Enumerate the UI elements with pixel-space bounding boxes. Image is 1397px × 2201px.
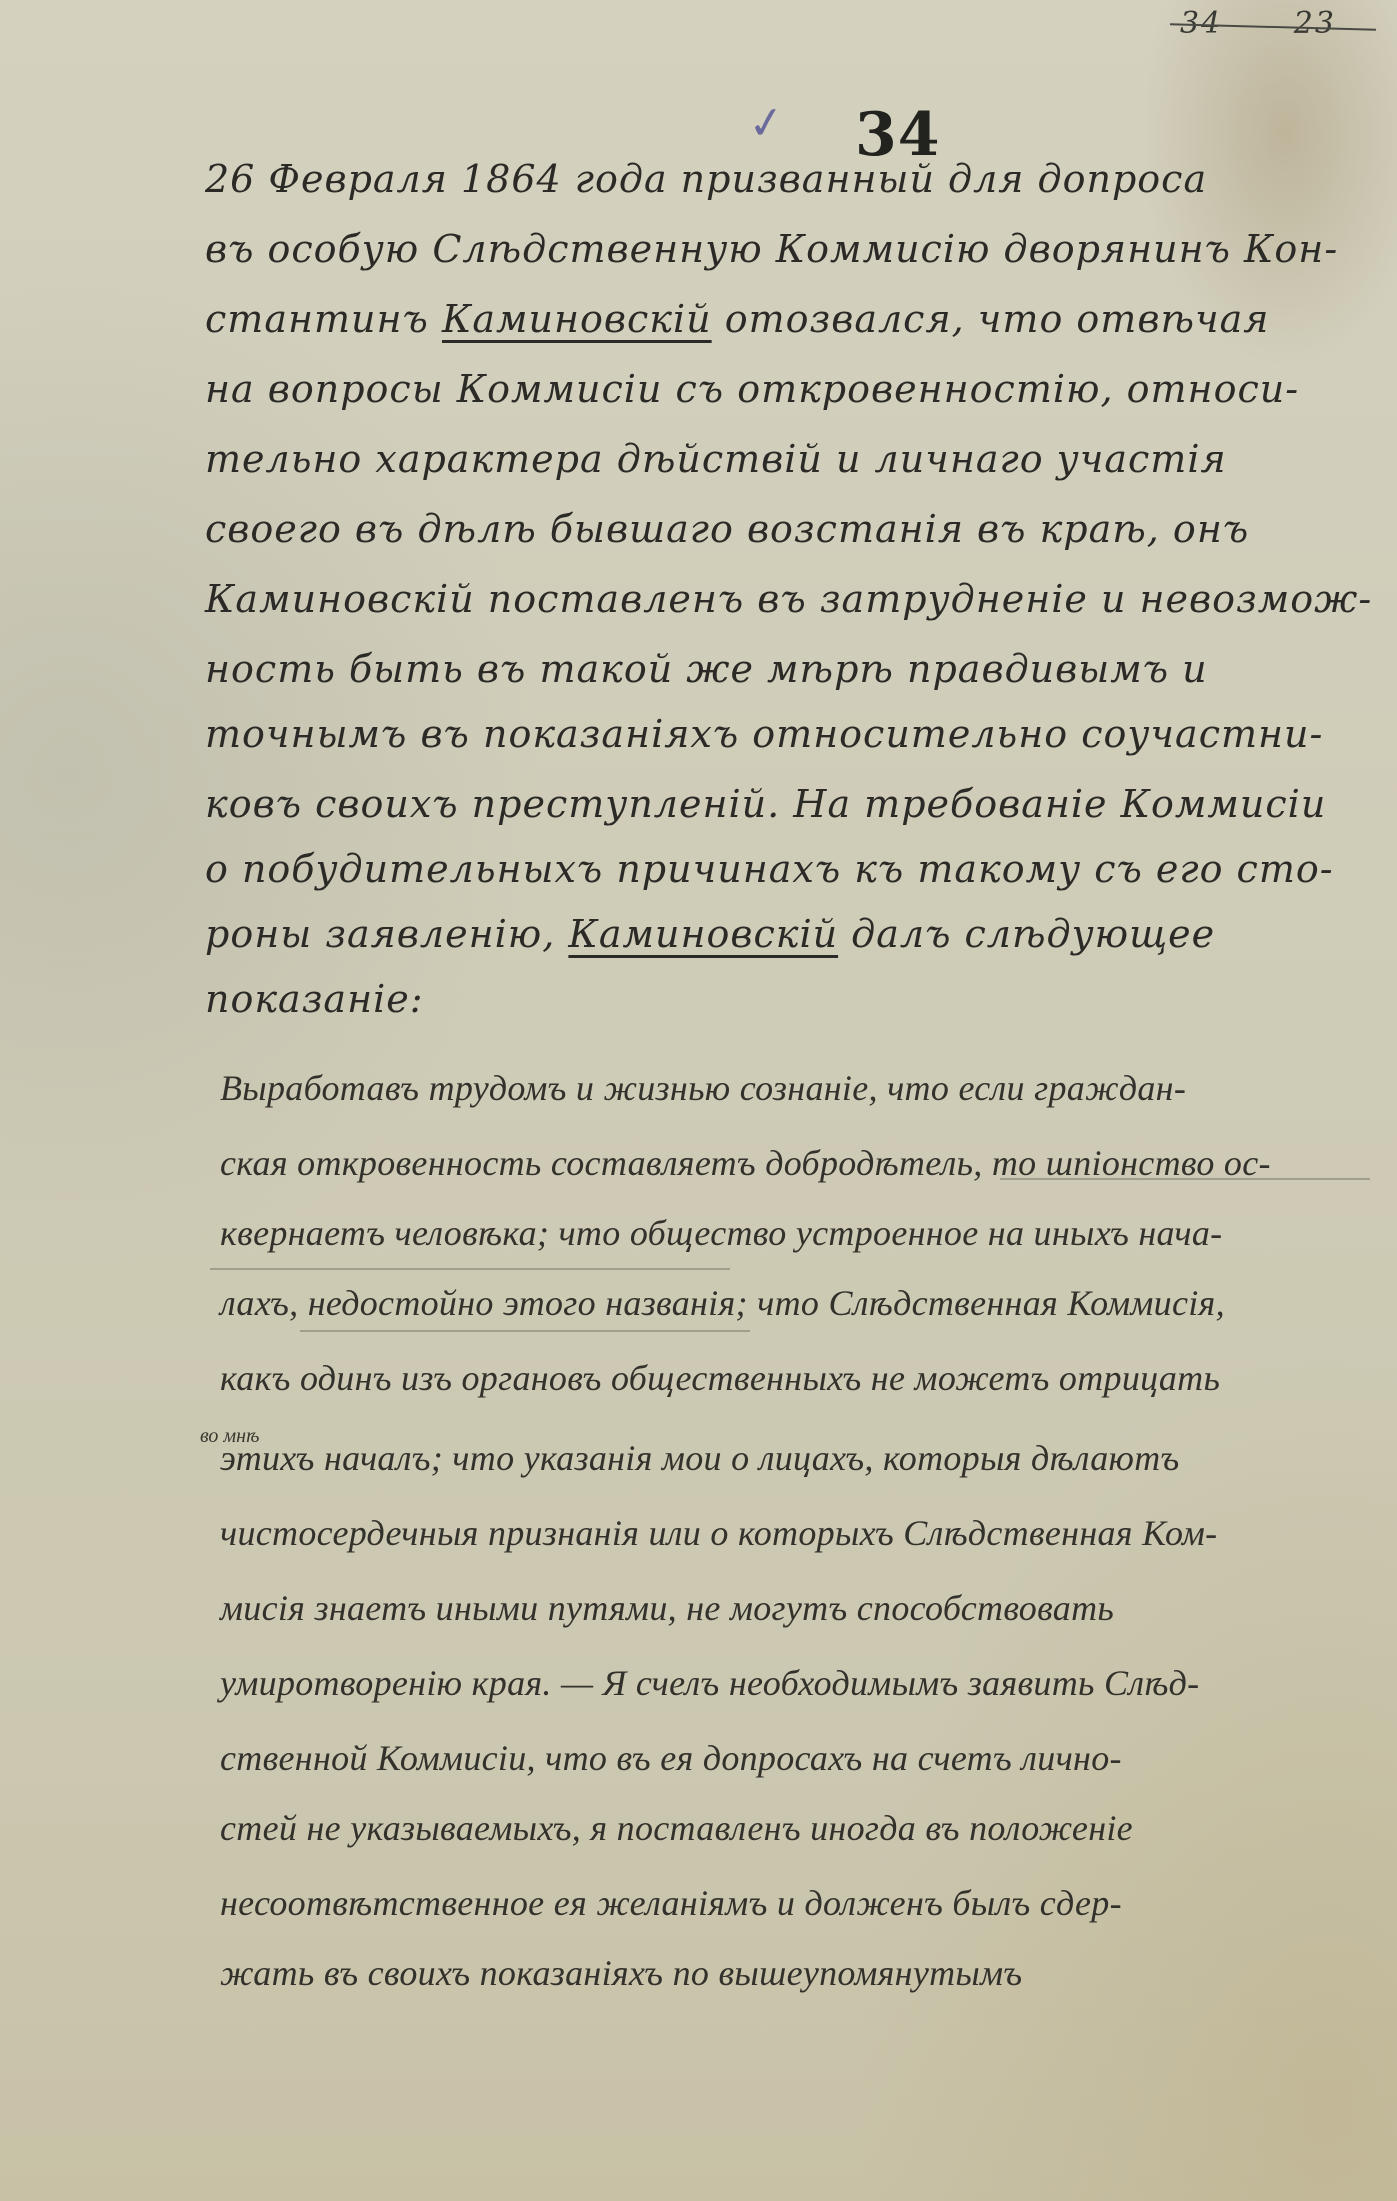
text-line-with-underlined-name: стантинъ Каминовскій отозвался, что отвѣ…	[205, 300, 1335, 338]
text-line: чистосердечныя признанія или о которыхъ …	[220, 1515, 1350, 1551]
text-line: своего въ дѣлѣ бывшаго возстанія въ краѣ…	[205, 510, 1335, 548]
check-mark-icon: ✓	[745, 96, 789, 152]
text-line: ковъ своихъ преступленій. На требованіе …	[205, 785, 1335, 823]
pencil-underline	[300, 1330, 750, 1332]
pencil-underline	[1000, 1178, 1370, 1180]
text-line: ственной Коммисіи, что въ ея допросахъ н…	[220, 1740, 1350, 1776]
text-fragment: стантинъ	[205, 297, 442, 341]
text-line: Каминовскій поставленъ въ затрудненіе и …	[205, 580, 1335, 618]
text-line: лахъ, недостойно этого названія; что Слѣ…	[220, 1285, 1350, 1321]
text-line-with-underlined-name: роны заявленію, Каминовскій далъ слѣдующ…	[205, 915, 1335, 953]
text-line: 26 Февраля 1864 года призванный для допр…	[205, 160, 1335, 198]
text-line: умиротворенію края. — Я счелъ необходимы…	[220, 1665, 1350, 1701]
text-line: жать въ своихъ показаніяхъ по вышеупомян…	[220, 1955, 1350, 1991]
text-fragment: далъ слѣдующее	[838, 912, 1215, 956]
archive-page-number: 34 23	[1180, 6, 1336, 41]
text-line: ская откровенность составляетъ добродѣте…	[220, 1145, 1350, 1181]
scanned-document-page: 34 23 ✓ 34 26 Февраля 1864 года призванн…	[0, 0, 1397, 2201]
text-line: о побудительныхъ причинахъ къ такому съ …	[205, 850, 1335, 888]
pencil-underline	[210, 1268, 730, 1270]
text-line: этихъ началъ; что указанія мои о лицахъ,…	[220, 1440, 1350, 1476]
text-line: какъ одинъ изъ органовъ общественныхъ не…	[220, 1360, 1350, 1396]
archive-number-current: 23	[1294, 6, 1336, 41]
text-line: Выработавъ трудомъ и жизнью сознаніе, чт…	[220, 1070, 1350, 1106]
text-line: на вопросы Коммисіи съ откровенностію, о…	[205, 370, 1335, 408]
text-line: ность быть въ такой же мѣрѣ правдивымъ и	[205, 650, 1335, 688]
text-line: въ особую Слѣдственную Коммисію дворянин…	[205, 230, 1335, 268]
underlined-name: Каминовскій	[442, 297, 712, 341]
text-fragment: роны заявленію,	[205, 912, 568, 956]
text-fragment: отозвался, что отвѣчая	[712, 297, 1270, 341]
underlined-name: Каминовскій	[568, 912, 838, 956]
text-line: стей не указываемыхъ, я поставленъ иногд…	[220, 1810, 1350, 1846]
text-line: мисія знаетъ иными путями, не могутъ спо…	[220, 1590, 1350, 1626]
text-line: квернаетъ человѣка; что общество устроен…	[220, 1215, 1350, 1251]
text-line: показаніе:	[205, 980, 1335, 1018]
text-line: несоотвѣтственное ея желаніямъ и долженъ…	[220, 1885, 1350, 1921]
text-line: тельно характера дѣйствій и личнаго учас…	[205, 440, 1335, 478]
text-line: точнымъ въ показаніяхъ относительно соуч…	[205, 715, 1335, 753]
